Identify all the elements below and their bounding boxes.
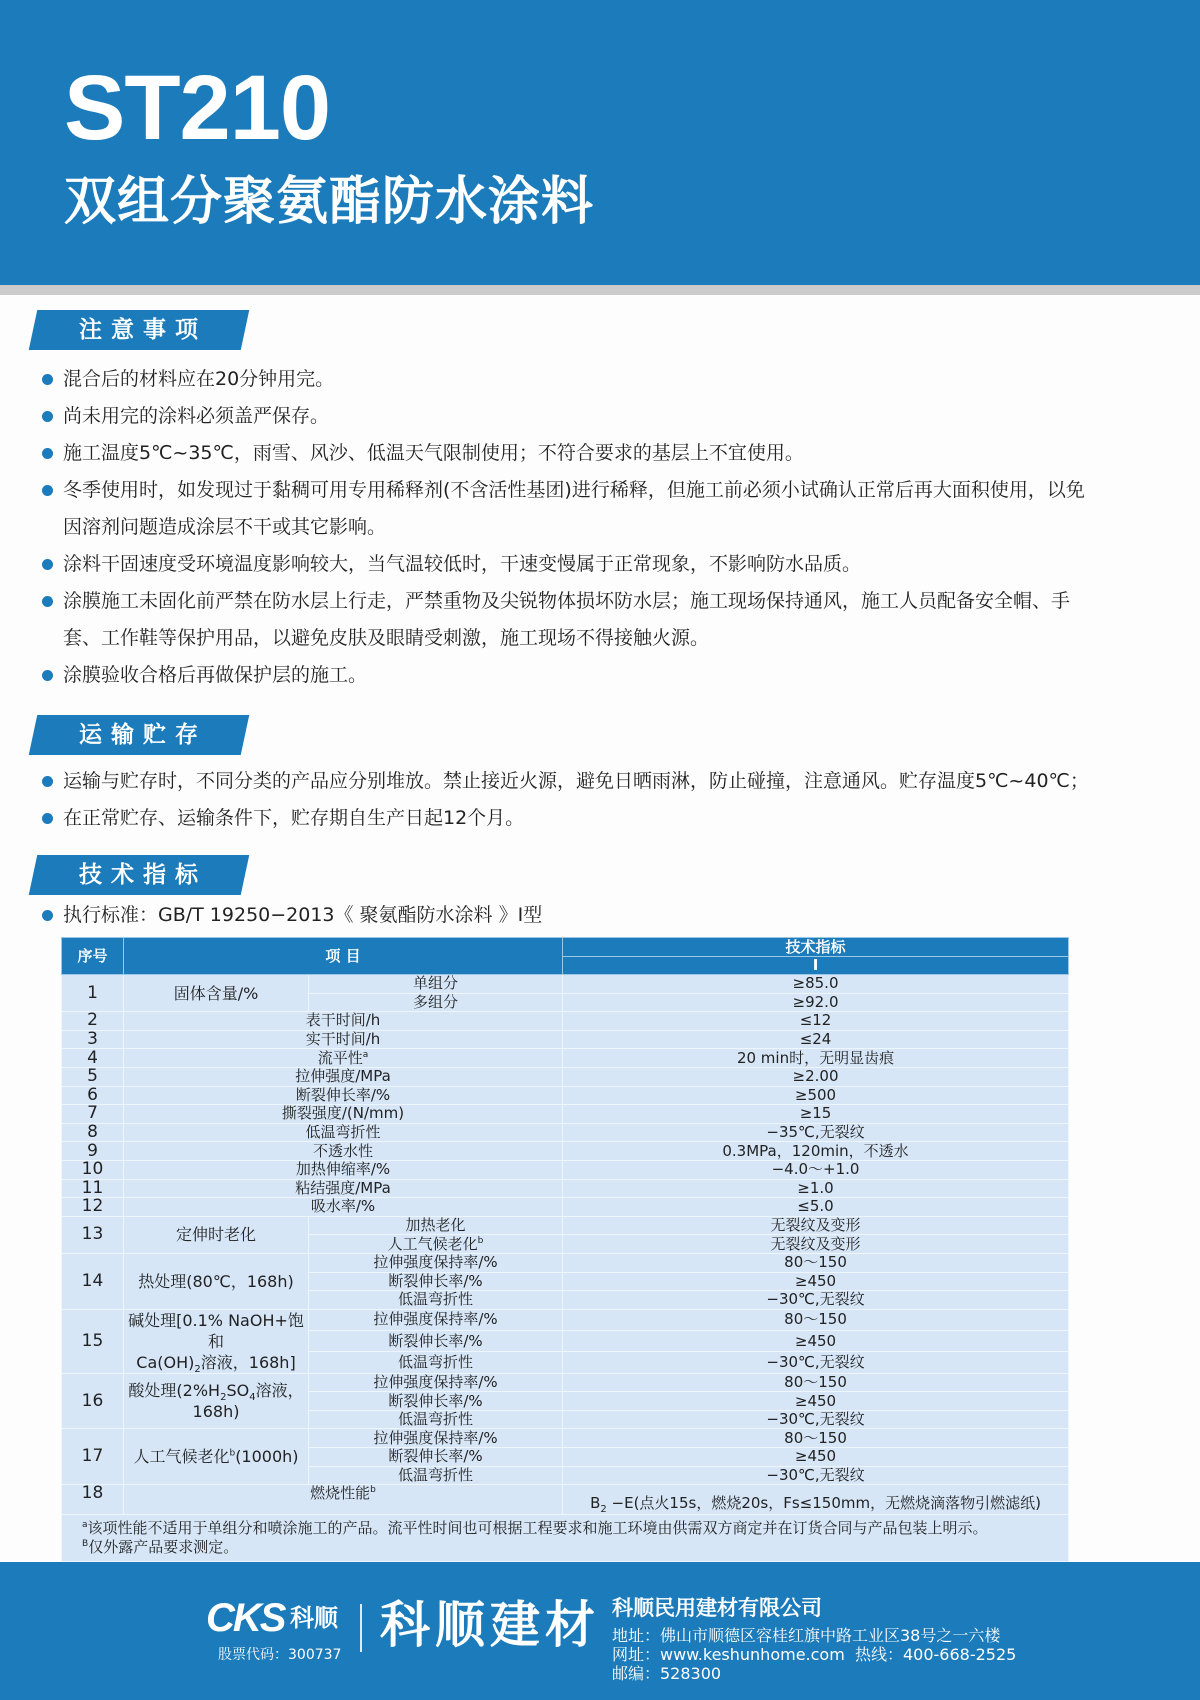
table-row: 3实干时间/h≤24	[62, 1030, 1069, 1049]
footnote-a: a该项性能不适用于单组分和喷涂施工的产品。流平性时间也可根据工程要求和施工环境由…	[82, 1519, 1048, 1538]
product-name: 双组分聚氨酯防水涂料	[64, 176, 594, 228]
table-row: 17 人工气候老化b(1000h) 拉伸强度保持率/% 80～150	[62, 1429, 1069, 1448]
list-item: 冬季使用时，如发现过于黏稠可用专用稀释剂(不含活性基团)进行稀释，但施工前必须小…	[40, 472, 1100, 546]
section-title: 注意事项	[33, 310, 245, 350]
table-row: 1 固体含量/% 单组分 ≥85.0	[62, 975, 1069, 994]
table-row: 4流平性a20 min时，无明显齿痕	[62, 1049, 1069, 1068]
section-tag-specs: 技术指标	[29, 855, 250, 895]
table-row: 13 定伸时老化 加热老化 无裂纹及变形	[62, 1216, 1069, 1235]
header-banner: ST210 双组分聚氨酯防水涂料	[0, 0, 1200, 285]
table-row: 18 燃烧性能b B2 −E(点火15s，燃烧20s，Fs≤150mm，无燃烧滴…	[62, 1485, 1069, 1515]
table-row: 14 热处理(80℃，168h) 拉伸强度保持率/% 80～150	[62, 1253, 1069, 1272]
precautions-list: 混合后的材料应在20分钟用完。 尚未用完的涂料必须盖严保存。 施工温度5℃~35…	[40, 361, 1100, 694]
table-row: 5拉伸强度/MPa≥2.00	[62, 1067, 1069, 1086]
address: 地址：佛山市顺德区容桂红旗中路工业区38号之一六楼	[612, 1626, 1016, 1645]
section-tag-precautions: 注意事项	[29, 310, 250, 350]
footer: CKS 科顺 股票代码：300737 科顺建材 科顺民用建材有限公司 地址：佛山…	[0, 1562, 1200, 1700]
list-item: 运输与贮存时，不同分类的产品应分别堆放。禁止接近火源，避免日晒雨淋，防止碰撞，注…	[40, 763, 1190, 800]
stock-code: 股票代码：300737	[218, 1648, 341, 1662]
list-item: 在正常贮存、运输条件下，贮存期自生产日起12个月。	[40, 800, 1190, 837]
list-item: 涂料干固速度受环境温度影响较大，当气温较低时，干速变慢属于正常现象，不影响防水品…	[40, 546, 1100, 583]
section-tag-transport: 运输贮存	[29, 715, 250, 755]
header-spec: 技术指标	[563, 938, 1069, 957]
list-item: 涂膜施工未固化前严禁在防水层上行走，严禁重物及尖锐物体损坏防水层；施工现场保持通…	[40, 583, 1100, 657]
table-row: 7撕裂强度/(N/mm)≥15	[62, 1105, 1069, 1124]
table-row: 15 碱处理[0.1% NaOH+饱和 Ca(OH)2溶液，168h] 拉伸强度…	[62, 1309, 1069, 1330]
table-row: 12吸水率/%≤5.0	[62, 1198, 1069, 1217]
transport-list: 运输与贮存时，不同分类的产品应分别堆放。禁止接近火源，避免日晒雨淋，防止碰撞，注…	[40, 763, 1190, 837]
company-name: 科顺民用建材有限公司	[612, 1598, 822, 1619]
header-spec-type: I	[563, 957, 1069, 975]
table-row: 2表干时间/h≤12	[62, 1012, 1069, 1031]
footnote-mark: a	[363, 1050, 369, 1060]
section-title: 运输贮存	[33, 715, 245, 755]
list-item: 涂膜验收合格后再做保护层的施工。	[40, 657, 1100, 694]
footnote-mark: b	[370, 1485, 376, 1495]
header-divider	[0, 285, 1200, 295]
section-title: 技术指标	[33, 855, 245, 895]
table-row: 10加热伸缩率/%−4.0～+1.0	[62, 1160, 1069, 1179]
table-footnotes: a该项性能不适用于单组分和喷涂施工的产品。流平性时间也可根据工程要求和施工环境由…	[62, 1515, 1069, 1562]
table-row: 8低温弯折性−35℃,无裂纹	[62, 1123, 1069, 1142]
table-row: 16 酸处理(2%H2SO4溶液， 168h) 拉伸强度保持率/% 80～150	[62, 1373, 1069, 1392]
spec-table: 序号 项 目 技术指标 I 1 固体含量/% 单组分 ≥85.0 多组分 ≥92…	[61, 937, 1069, 1562]
cks-logo: CKS	[206, 1598, 284, 1638]
logo-chinese-name: 科顺	[290, 1606, 338, 1630]
footnote-b: B仅外露产品要求测定。	[82, 1538, 1048, 1557]
footer-divider	[360, 1604, 362, 1652]
standard-reference: 执行标准：GB/T 19250−2013《 聚氨酯防水涂料 》I型	[40, 897, 542, 934]
contact-info: 地址：佛山市顺德区容桂红旗中路工业区38号之一六楼 网址：www.keshunh…	[612, 1626, 1016, 1683]
list-item: 混合后的材料应在20分钟用完。	[40, 361, 1100, 398]
table-row: 9不透水性0.3MPa，120min，不透水	[62, 1142, 1069, 1161]
table-row: 6断裂伸长率/%≥500	[62, 1086, 1069, 1105]
header-item: 项 目	[124, 938, 563, 975]
list-item: 施工温度5℃~35℃，雨雪、风沙、低温天气限制使用；不符合要求的基层上不宜使用。	[40, 435, 1100, 472]
footnote-mark: b	[478, 1236, 484, 1246]
brand-name: 科顺建材	[380, 1600, 600, 1650]
header-no: 序号	[62, 938, 124, 975]
website-hotline: 网址：www.keshunhome.com 热线：400-668-2525	[612, 1645, 1016, 1664]
postcode: 邮编：528300	[612, 1664, 1016, 1683]
list-item: 尚未用完的涂料必须盖严保存。	[40, 398, 1100, 435]
product-model: ST210	[64, 62, 330, 154]
table-row: 11粘结强度/MPa≥1.0	[62, 1179, 1069, 1198]
